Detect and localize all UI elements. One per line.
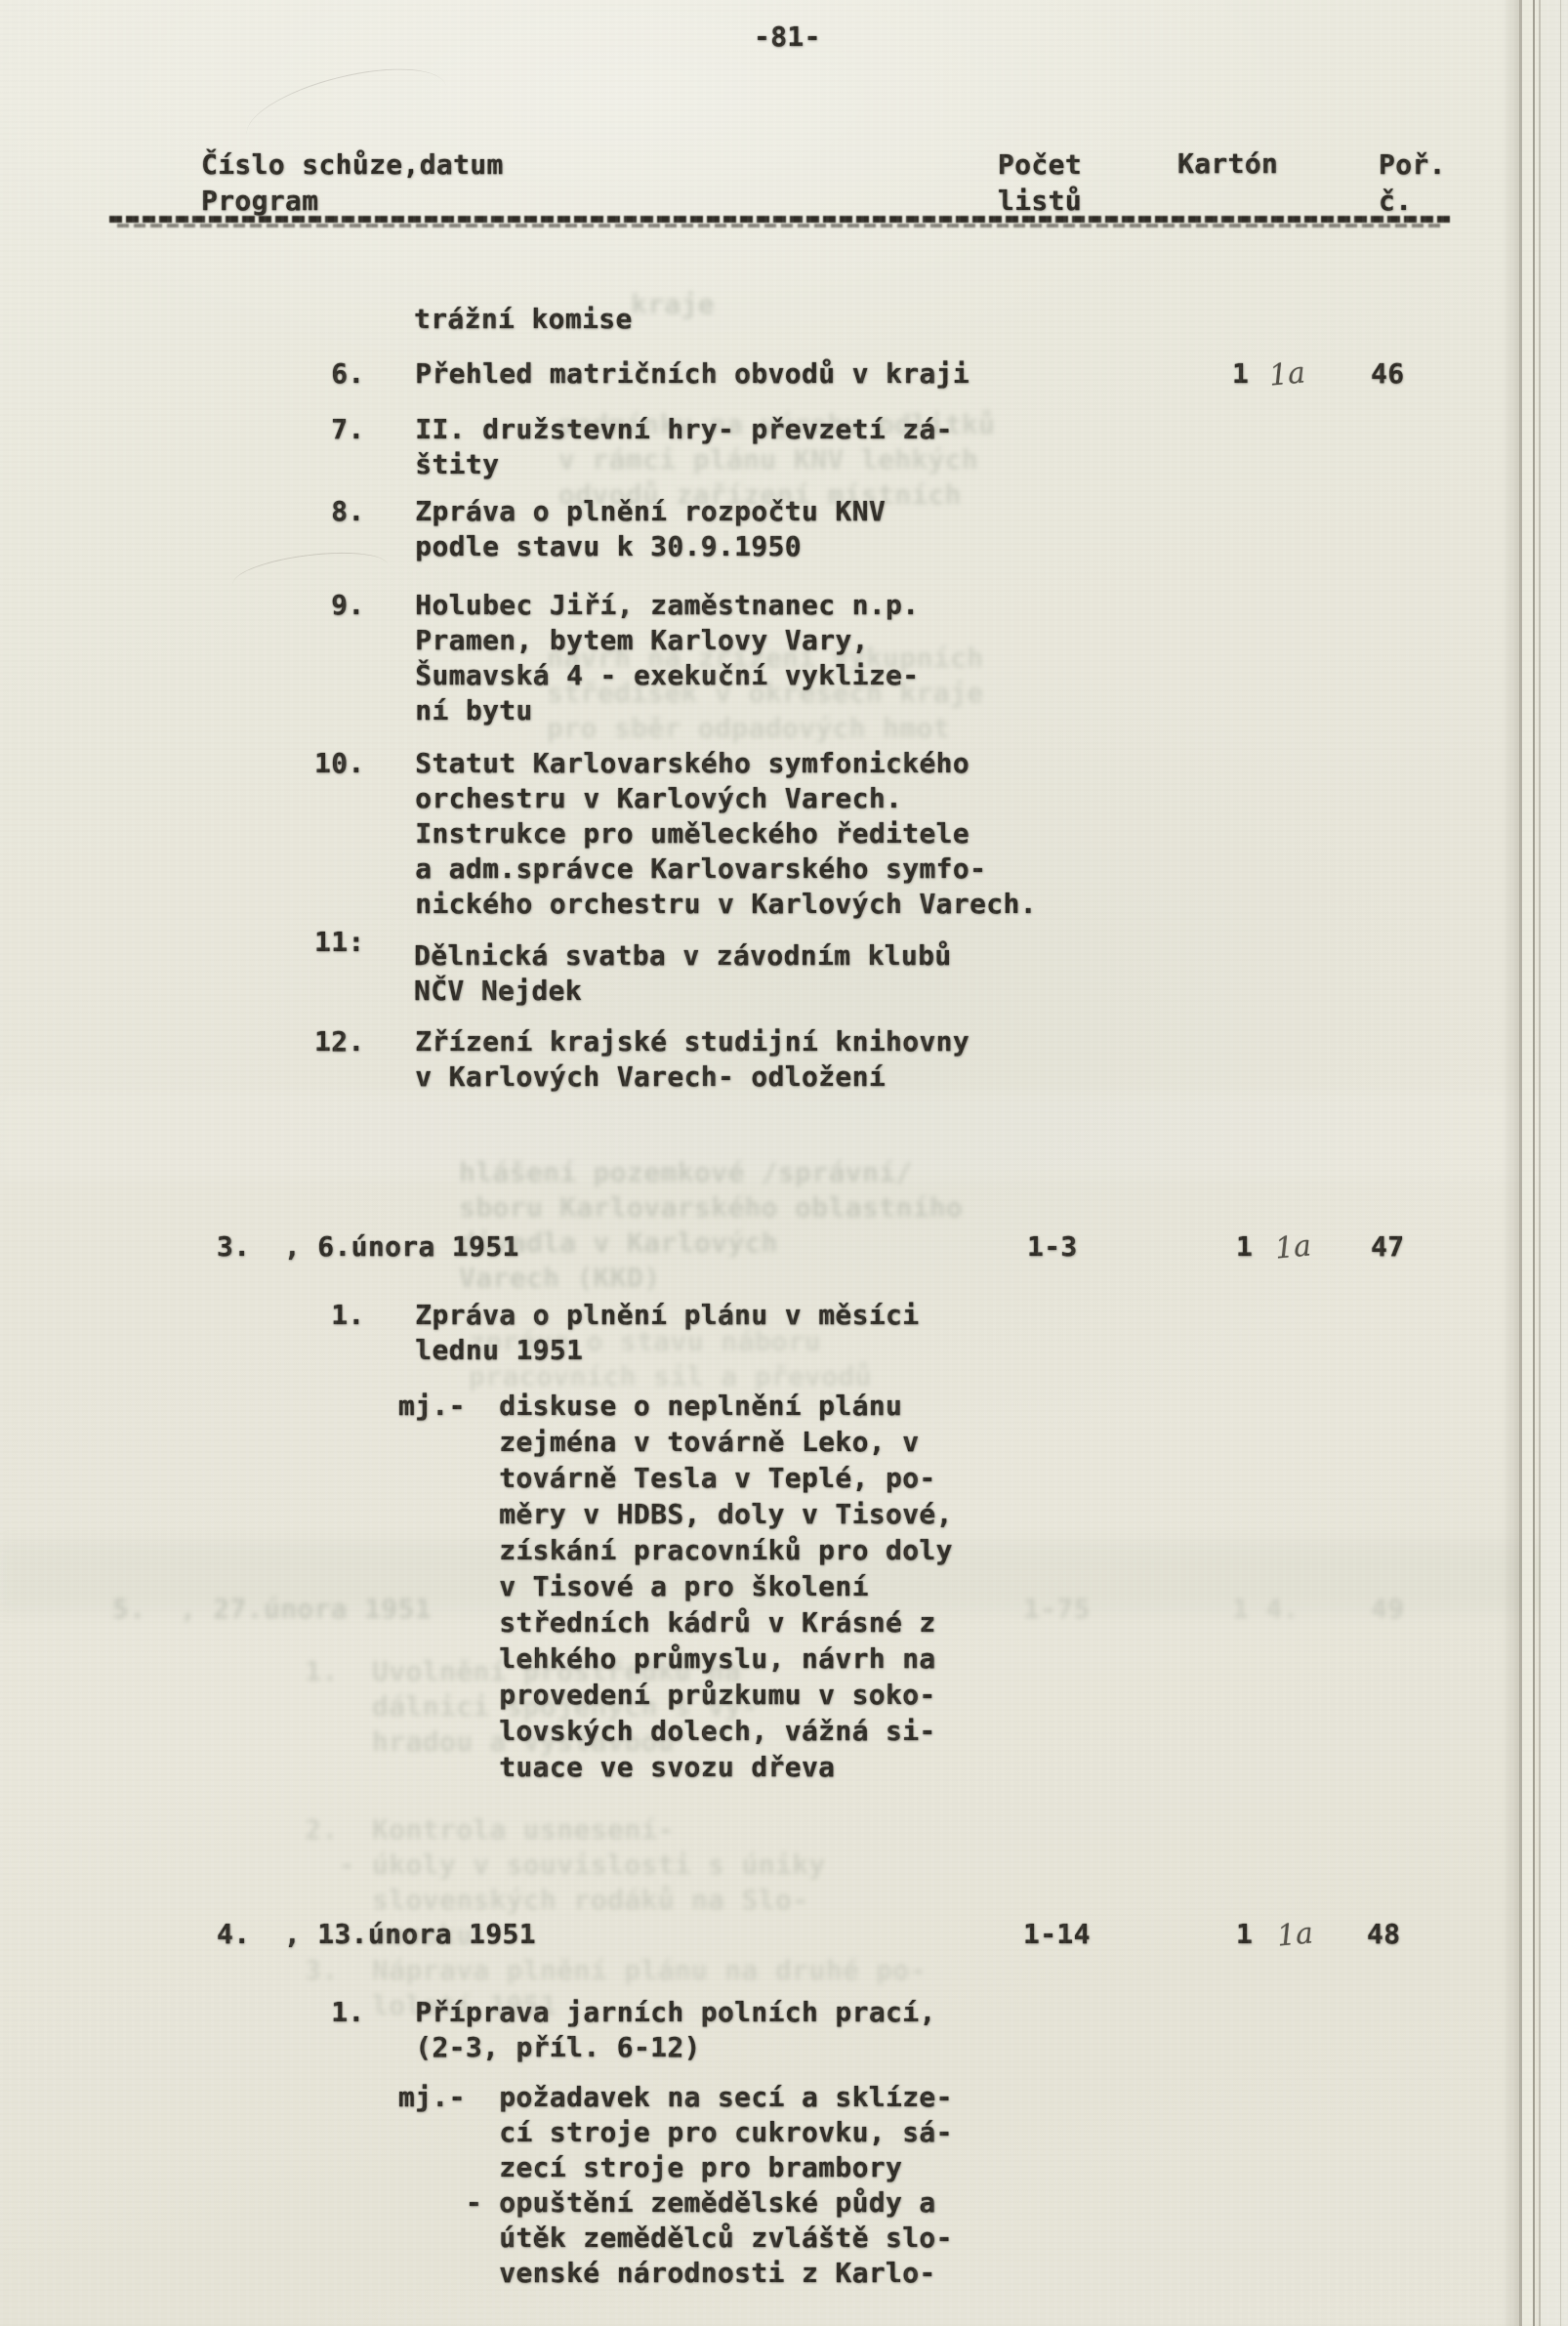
header-col-program: Číslo schůze,datum Program xyxy=(201,146,504,219)
karton-handwritten-row3: 1a xyxy=(1274,1231,1312,1264)
ghost-text: kraje xyxy=(631,287,715,322)
paper-edge-shadow xyxy=(1502,0,1519,2326)
header-separator-dashed-line xyxy=(109,216,1452,223)
program-carryover-line: trážní komise xyxy=(414,302,633,337)
program-item-11-number: 11: xyxy=(314,925,365,960)
header-separator-dashed-line-strike xyxy=(117,224,1445,228)
session-3-item-1: 1. Zpráva o plnění plánu v měsíci lednu … xyxy=(314,1298,919,1368)
ghost-text: hlášení pozemkové /správní/ sboru Karlov… xyxy=(459,1155,963,1296)
karton-handwritten-row6: 1a xyxy=(1268,358,1306,391)
pocet-listu-row4: 1-14 xyxy=(1023,1917,1091,1952)
karton-value-row3: 1 xyxy=(1236,1229,1253,1265)
page-number: -81- xyxy=(754,20,821,55)
program-item-10: 10. Statut Karlovarského symfonického or… xyxy=(314,746,1037,922)
karton-handwritten-row4: 1a xyxy=(1276,1919,1314,1951)
session-4-item-1: 1. Příprava jarních polních prací, (2-3,… xyxy=(314,1995,936,2065)
paper-edge-line xyxy=(1533,0,1535,2326)
paper-edge-gap xyxy=(1522,0,1533,2326)
program-item-6: 6. Přehled matričních obvodů v kraji xyxy=(314,356,970,392)
ghost-text: 49 xyxy=(1371,1592,1404,1627)
header-col-porc: Poř. č. xyxy=(1379,146,1446,219)
ghost-text: 1 4. xyxy=(1232,1592,1300,1627)
session-3-row: 3. , 6.února 1951 xyxy=(217,1229,519,1265)
paper-edge-line xyxy=(1560,0,1561,2326)
poradove-cislo-row3: 47 xyxy=(1371,1229,1404,1265)
header-col-pocet-listu: Počet listů xyxy=(998,146,1082,219)
ghost-text: 5. , 27.února 1951 xyxy=(112,1592,432,1627)
program-item-7: 7. II. družstevní hry- převzetí zá- štit… xyxy=(314,412,953,482)
program-item-8: 8. Zpráva o plnění rozpočtu KNV podle st… xyxy=(314,494,886,564)
poradove-cislo-row6: 46 xyxy=(1371,356,1404,392)
document-page: kraje podmínky na výrobu odlitků v rámci… xyxy=(0,0,1568,2326)
ghost-text: 1-75 xyxy=(1023,1592,1091,1627)
session-4-row: 4. , 13.února 1951 xyxy=(217,1917,536,1952)
karton-value-row4: 1 xyxy=(1236,1917,1253,1952)
program-item-11: Dělnická svatba v závodním klubů NČV Nej… xyxy=(414,938,952,1009)
session-3-note-mj: mj.- diskuse o neplnění plánu zejména v … xyxy=(398,1388,953,1785)
session-4-note-mj: mj.- požadavek na secí a sklíze- cí stro… xyxy=(398,2080,953,2291)
header-col-karton: Kartón xyxy=(1177,146,1278,182)
program-item-12: 12. Zřízení krajské studijní knihovny v … xyxy=(314,1024,970,1095)
poradove-cislo-row4: 48 xyxy=(1367,1917,1400,1952)
karton-value-row6: 1 xyxy=(1232,356,1249,392)
pocet-listu-row3: 1-3 xyxy=(1027,1229,1078,1265)
program-item-9: 9. Holubec Jiří, zaměstnanec n.p. Pramen… xyxy=(314,588,919,728)
paper-edge-strip xyxy=(1541,0,1568,2326)
